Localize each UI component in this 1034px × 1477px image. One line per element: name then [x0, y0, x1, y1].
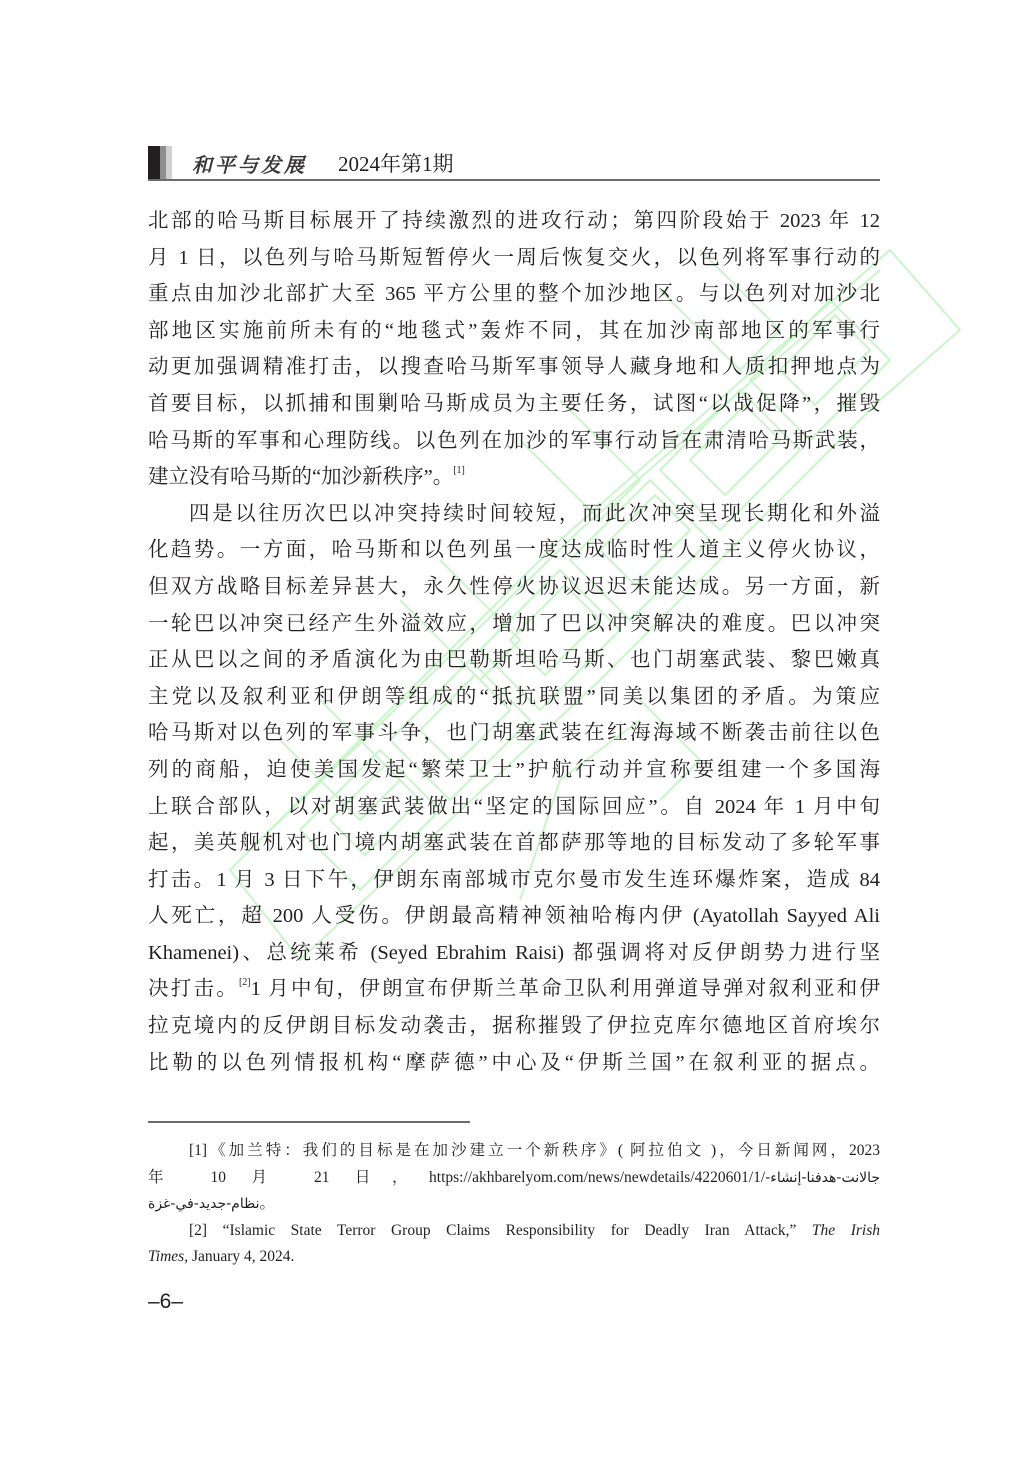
text-line: 北部的哈马斯目标展开了持续激烈的进攻行动；第四阶段始于 2023 年 12	[148, 203, 880, 240]
text-line: 打击。1 月 3 日下午，伊朗东南部城市克尔曼市发生连环爆炸案，造成 84	[148, 862, 880, 899]
footnotes: [1]《加兰特：我们的目标是在加沙建立一个新秩序》( 阿拉伯文 )，今日新闻网，…	[148, 1138, 880, 1271]
text-line: 哈马斯的军事和心理防线。以色列在加沙的军事行动旨在肃清哈马斯武装，	[148, 423, 880, 460]
text-line: 正从巴以之间的矛盾演化为由巴勒斯坦哈马斯、也门胡塞武装、黎巴嫩真	[148, 642, 880, 679]
text-line: 四是以往历次巴以冲突持续时间较短，而此次冲突呈现长期化和外溢	[148, 496, 880, 533]
footnote-line: Times, January 4, 2024.	[148, 1244, 880, 1271]
text-line: 月 1 日，以色列与哈马斯短暂停火一周后恢复交火，以色列将军事行动的	[148, 240, 880, 277]
footnote-ref-1[interactable]: [1]	[453, 465, 465, 476]
page-number: –6–	[148, 1290, 183, 1314]
text-line: 决打击。[2]1 月中旬，伊朗宣布伊斯兰革命卫队利用弹道导弹对叙利亚和伊	[148, 971, 880, 1008]
footnote-url[interactable]: 年 10 月 21 日，https://akhbarelyom.com/news…	[148, 1169, 765, 1186]
footnote-text: 《加兰特：我们的目标是在加沙建立一个新秩序》( 阿拉伯文 )，今日新闻网，202…	[207, 1142, 880, 1159]
footnote-line: [1]《加兰特：我们的目标是在加沙建立一个新秩序》( 阿拉伯文 )，今日新闻网，…	[148, 1138, 880, 1165]
running-header: 和平与发展 2024年第1期	[148, 146, 880, 181]
text-line: 拉克境内的反伊朗目标发动袭击，据称摧毁了伊拉克库尔德地区首府埃尔	[148, 1008, 880, 1045]
footnote-ref-2[interactable]: [2]	[239, 977, 251, 988]
text-line: 列的商船，迫使美国发起“繁荣卫士”护航行动并宣称要组建一个多国海	[148, 752, 880, 789]
text-line: 比勒的以色列情报机构“摩萨德”中心及“伊斯兰国”在叙利亚的据点。	[148, 1045, 880, 1082]
footnote-line: نظام-جديد-في-غزة。	[148, 1191, 880, 1218]
text-line: 动更加强调精准打击，以搜查哈马斯军事领导人藏身地和人质扣押地点为	[148, 349, 880, 386]
text-line: 一轮巴以冲突已经产生外溢效应，增加了巴以冲突解决的难度。巴以冲突	[148, 606, 880, 643]
footnote-line: [2] “Islamic State Terror Group Claims R…	[148, 1218, 880, 1245]
footnote-separator	[148, 1121, 470, 1123]
text-line: 人死亡，超 200 人受伤。伊朗最高精神领袖哈梅内伊 (Ayatollah Sa…	[148, 898, 880, 935]
journal-name: 和平与发展	[192, 149, 307, 178]
footnote-url-arabic[interactable]: جالانت-هدفنا-إنشاء-	[765, 1170, 880, 1186]
text-line: 重点由加沙北部扩大至 365 平方公里的整个加沙地区。与以色列对加沙北	[148, 276, 880, 313]
footnote-2: [2] “Islamic State Terror Group Claims R…	[148, 1218, 880, 1271]
text-line: 化趋势。一方面，哈马斯和以色列虽一度达成临时性人道主义停火协议，	[148, 532, 880, 569]
footnote-line: 年 10 月 21 日，https://akhbarelyom.com/news…	[148, 1165, 880, 1192]
footnote-text: “Islamic State Terror Group Claims Respo…	[223, 1222, 797, 1239]
footnote-source-italic: Times	[148, 1248, 184, 1265]
text-segment: 决打击。	[148, 978, 239, 1000]
header-bar-light	[166, 146, 172, 179]
footnote-source-italic: The Irish	[812, 1222, 880, 1239]
body-text: 北部的哈马斯目标展开了持续激烈的进攻行动；第四阶段始于 2023 年 12 月 …	[148, 203, 880, 1081]
footnote-text: 。	[259, 1195, 275, 1212]
text-line: Khamenei)、总统莱希 (Seyed Ebrahim Raisi) 都强调…	[148, 935, 880, 972]
header-decoration-bars	[148, 146, 172, 179]
text-line: 上联合部队，以对胡塞武装做出“坚定的国际回应”。自 2024 年 1 月中旬	[148, 789, 880, 826]
text-line: 部地区实施前所未有的“地毯式”轰炸不同，其在加沙南部地区的军事行	[148, 313, 880, 350]
footnote-1: [1]《加兰特：我们的目标是在加沙建立一个新秩序》( 阿拉伯文 )，今日新闻网，…	[148, 1138, 880, 1218]
text-line: 建立没有哈马斯的“加沙新秩序”。[1]	[148, 459, 880, 496]
footnote-marker: [1]	[189, 1142, 207, 1159]
paragraph-2: 四是以往历次巴以冲突持续时间较短，而此次冲突呈现长期化和外溢 化趋势。一方面，哈…	[148, 496, 880, 1082]
footnote-text: , January 4, 2024.	[184, 1248, 294, 1265]
text-line: 但双方战略目标差异甚大，永久性停火协议迟迟未能达成。另一方面，新	[148, 569, 880, 606]
paragraph-1: 北部的哈马斯目标展开了持续激烈的进攻行动；第四阶段始于 2023 年 12 月 …	[148, 203, 880, 496]
footnote-marker: [2]	[189, 1222, 207, 1239]
issue-label: 2024年第1期	[338, 148, 454, 178]
footnote-url-arabic[interactable]: نظام-جديد-في-غزة	[148, 1196, 259, 1212]
text-line: 起，美英舰机对也门境内胡塞武装在首都萨那等地的目标发动了多轮军事	[148, 825, 880, 862]
header-bar-dark	[148, 146, 160, 179]
text-segment: 1 月中旬，伊朗宣布伊斯兰革命卫队利用弹道导弹对叙利亚和伊	[251, 978, 880, 1000]
text-line: 主党以及叙利亚和伊朗等组成的“抵抗联盟”同美以集团的矛盾。为策应	[148, 679, 880, 716]
text-segment: 建立没有哈马斯的“加沙新秩序”。	[148, 466, 453, 488]
text-line: 哈马斯对以色列的军事斗争，也门胡塞武装在红海海域不断袭击前往以色	[148, 715, 880, 752]
text-line: 首要目标，以抓捕和围剿哈马斯成员为主要任务，试图“以战促降”，摧毁	[148, 386, 880, 423]
